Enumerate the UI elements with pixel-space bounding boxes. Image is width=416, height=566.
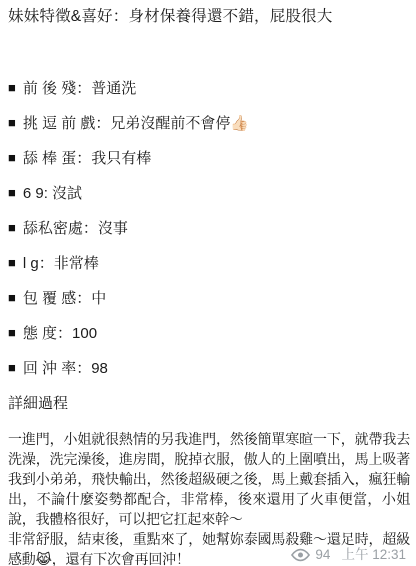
timestamp: 上午 12:31: [341, 547, 406, 563]
square-bullet-icon: ■: [8, 77, 16, 98]
list-item-text: 挑 逗 前 戲：兄弟沒醒前不會停👍🏻: [23, 115, 249, 132]
list-item: ■舔私密處：沒事: [8, 218, 408, 239]
list-item: ■l g：非常棒: [8, 253, 408, 274]
view-count: 94: [315, 547, 330, 563]
list-item: ■包 覆 感：中: [8, 288, 408, 309]
list-item-text: 舔私密處：沒事: [23, 220, 128, 237]
post-title: 妹妹特徵&喜好：身材保養得還不錯，屁股很大: [8, 6, 408, 28]
detail-paragraph-1: 一進門，小姐就很熱情的另我進門，然後簡單寒暄一下，就帶我去洗澡，洗完澡後，進房間…: [8, 429, 410, 529]
list-item: ■態 度：100: [8, 323, 408, 344]
ratings-list: ■前 後 殘：普通洗 ■挑 逗 前 戲：兄弟沒醒前不會停👍🏻 ■舔 棒 蛋：我只…: [8, 78, 408, 379]
list-item: ■回 沖 率：98: [8, 358, 408, 379]
detail-text: 一進門，小姐就很熱情的另我進門，然後簡單寒暄一下，就帶我去洗澡，洗完澡後，進房間…: [8, 429, 410, 566]
list-item-text: 回 沖 率：98: [23, 360, 108, 377]
message-body: 妹妹特徵&喜好：身材保養得還不錯，屁股很大 ■前 後 殘：普通洗 ■挑 逗 前 …: [0, 0, 416, 566]
square-bullet-icon: ■: [8, 112, 16, 133]
section-title: 詳細過程: [8, 393, 408, 414]
list-item-text: 前 後 殘：普通洗: [23, 80, 136, 97]
list-item-text: 舔 棒 蛋：我只有棒: [23, 150, 151, 167]
message-meta: 94 上午 12:31: [287, 547, 406, 563]
list-item: ■前 後 殘：普通洗: [8, 78, 408, 99]
square-bullet-icon: ■: [8, 322, 16, 343]
square-bullet-icon: ■: [8, 217, 16, 238]
square-bullet-icon: ■: [8, 147, 16, 168]
square-bullet-icon: ■: [8, 252, 16, 273]
list-item-text: l g：非常棒: [23, 255, 99, 272]
list-item-text: 態 度：100: [23, 325, 97, 342]
list-item: ■舔 棒 蛋：我只有棒: [8, 148, 408, 169]
list-item: ■挑 逗 前 戲：兄弟沒醒前不會停👍🏻: [8, 113, 408, 134]
list-item-text: 6 9: 沒試: [23, 185, 82, 202]
list-item-text: 包 覆 感：中: [23, 290, 106, 307]
views-eye-icon: [291, 548, 310, 562]
square-bullet-icon: ■: [8, 287, 16, 308]
square-bullet-icon: ■: [8, 182, 16, 203]
square-bullet-icon: ■: [8, 357, 16, 378]
list-item: ■6 9: 沒試: [8, 183, 408, 204]
